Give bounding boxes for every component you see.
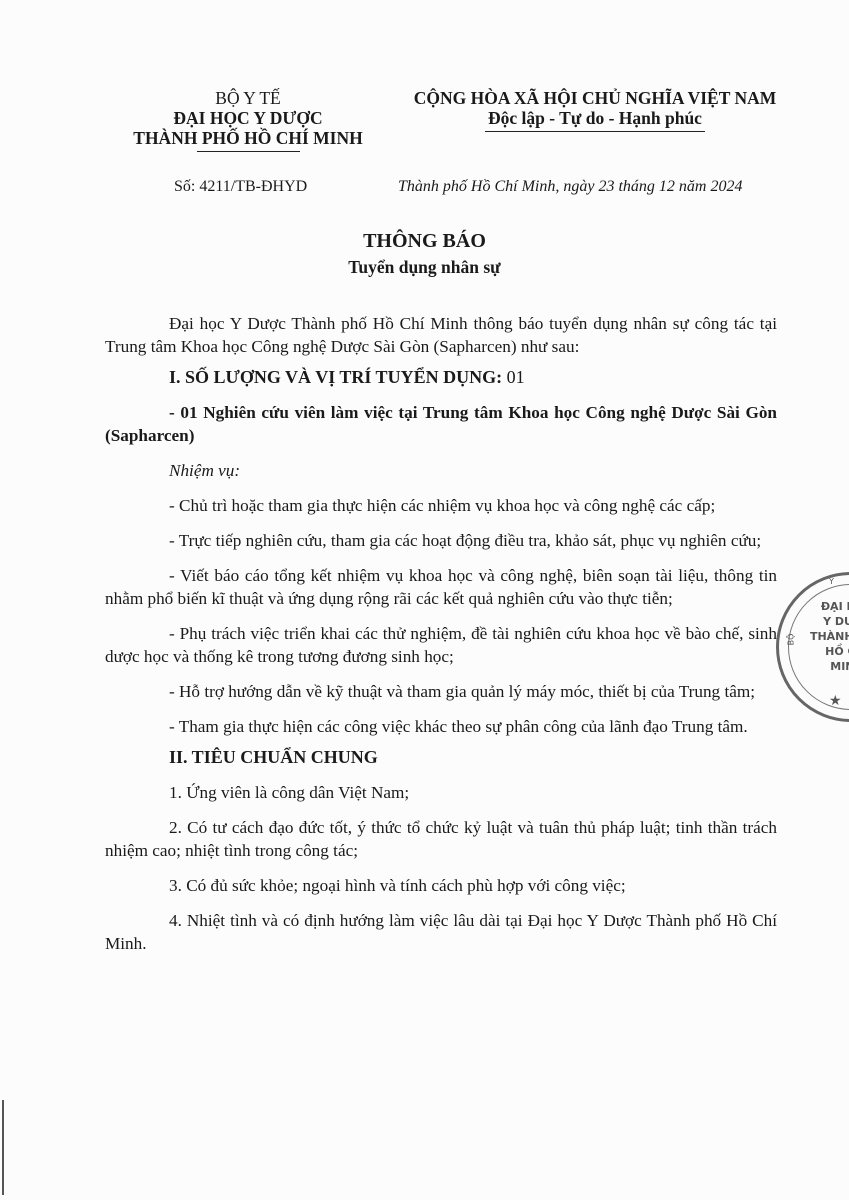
seal-line: Y DƯỢC (807, 614, 849, 629)
place-and-date: Thành phố Hồ Chí Minh, ngày 23 tháng 12 … (398, 178, 742, 196)
duty-item: - Viết báo cáo tổng kết nhiệm vụ khoa họ… (105, 564, 777, 610)
criteria-item: 1. Ứng viên là công dân Việt Nam; (105, 781, 777, 804)
scan-edge (2, 1100, 4, 1195)
criteria-item: 2. Có tư cách đạo đức tốt, ý thức tổ chứ… (105, 816, 777, 862)
seal-text: ĐẠI HỌC Y DƯỢC THÀNH PHỐ HỒ CHÍ MINH (807, 599, 849, 674)
issuer-header: BỘ Y TẾ ĐẠI HỌC Y DƯỢC THÀNH PHỐ HỒ CHÍ … (108, 88, 388, 152)
section-2-heading: II. TIÊU CHUẨN CHUNG (105, 746, 777, 769)
duty-item: - Hỗ trợ hướng dẫn về kỹ thuật và tham g… (105, 680, 777, 703)
criteria-item: 3. Có đủ sức khỏe; ngoại hình và tính cá… (105, 874, 777, 897)
national-motto: Độc lập - Tự do - Hạnh phúc (380, 108, 810, 128)
seal-line: THÀNH PHỐ (807, 629, 849, 644)
section-1-heading: I. SỐ LƯỢNG VÀ VỊ TRÍ TUYỂN DỤNG: 01 (105, 366, 777, 389)
document-subtitle: Tuyển dụng nhân sự (0, 257, 849, 278)
document-body: Đại học Y Dược Thành phố Hồ Chí Minh thô… (105, 312, 777, 955)
university-name-line2: THÀNH PHỐ HỒ CHÍ MINH (108, 128, 388, 148)
issuer-underline (197, 151, 300, 152)
seal-side-text: BỘ (786, 634, 795, 646)
document-title: THÔNG BÁO (0, 230, 849, 253)
position-count: 01 (502, 367, 525, 387)
section-1-title: I. SỐ LƯỢNG VÀ VỊ TRÍ TUYỂN DỤNG: (169, 367, 502, 387)
seal-top-text: Y (829, 577, 834, 586)
university-name-line1: ĐẠI HỌC Y DƯỢC (108, 108, 388, 128)
seal-line: ĐẠI HỌC (807, 599, 849, 614)
duty-item: - Trực tiếp nghiên cứu, tham gia các hoạ… (105, 529, 777, 552)
official-seal: Y BỘ ĐẠI HỌC Y DƯỢC THÀNH PHỐ HỒ CHÍ MIN… (776, 572, 849, 722)
duty-item: - Phụ trách việc triển khai các thử nghi… (105, 622, 777, 668)
motto-underline (485, 131, 705, 132)
seal-line: HỒ CHÍ MINH (807, 644, 849, 674)
duties-label: Nhiệm vụ: (105, 459, 777, 482)
intro-paragraph: Đại học Y Dược Thành phố Hồ Chí Minh thô… (105, 312, 777, 358)
ministry-name: BỘ Y TẾ (108, 88, 388, 108)
nation-name: CỘNG HÒA XÃ HỘI CHỦ NGHĨA VIỆT NAM (380, 88, 810, 108)
document-page: BỘ Y TẾ ĐẠI HỌC Y DƯỢC THÀNH PHỐ HỒ CHÍ … (0, 0, 849, 1200)
criteria-item: 4. Nhiệt tình và có định hướng làm việc … (105, 909, 777, 955)
position-description: - 01 Nghiên cứu viên làm việc tại Trung … (105, 401, 777, 447)
duty-item: - Tham gia thực hiện các công việc khác … (105, 715, 777, 738)
national-header: CỘNG HÒA XÃ HỘI CHỦ NGHĨA VIỆT NAM Độc l… (380, 88, 810, 132)
duty-item: - Chủ trì hoặc tham gia thực hiện các nh… (105, 494, 777, 517)
star-icon: ★ (829, 693, 842, 710)
document-number: Số: 4211/TB-ĐHYD (174, 178, 307, 196)
